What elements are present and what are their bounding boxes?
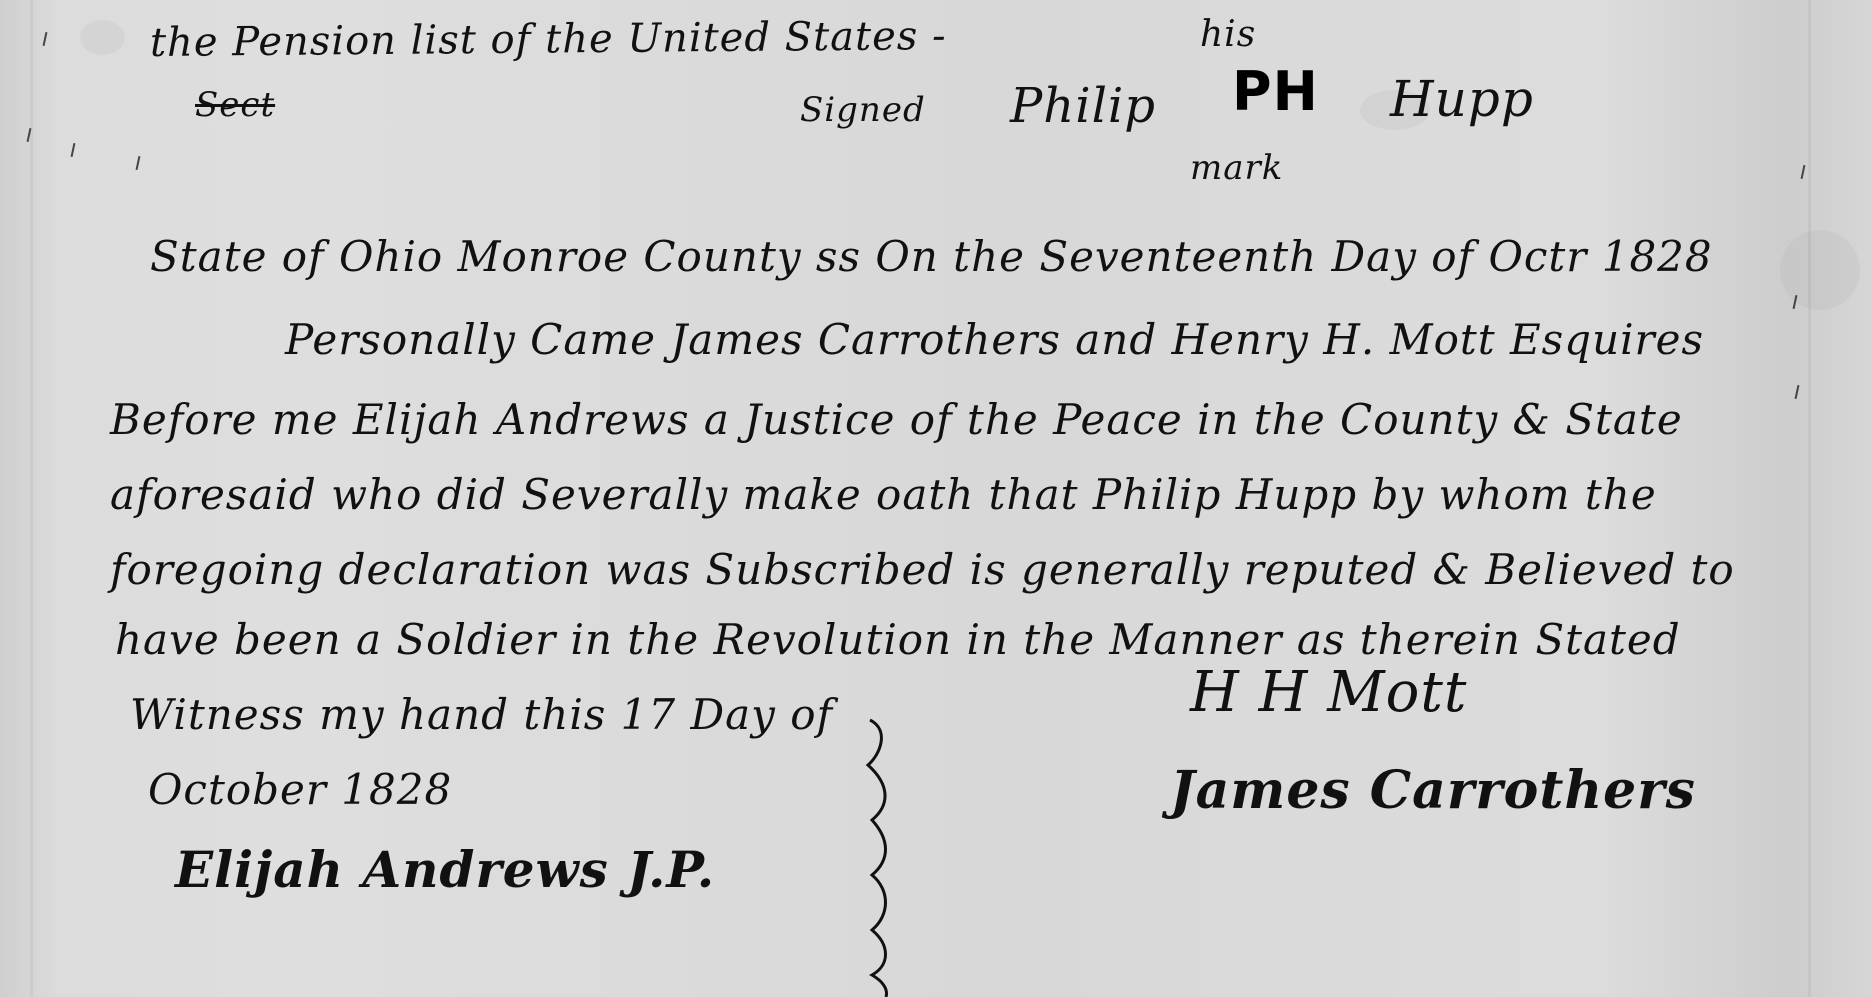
signature-mott: H H Mott <box>1190 660 1467 725</box>
document-mark-label: mark <box>1190 148 1283 188</box>
stray-mark <box>136 156 141 170</box>
document-line-revolution: have been a Soldier in the Revolution in… <box>115 615 1681 664</box>
document-signed-last-name: Hupp <box>1390 70 1534 128</box>
stray-mark <box>1801 165 1806 179</box>
document-line-witness: Witness my hand this 17 Day of <box>130 690 833 739</box>
document-line-foregoing-declaration: foregoing declaration was Subscribed is … <box>110 545 1735 594</box>
document-line-personally-came: Personally Came James Carrothers and Hen… <box>285 315 1704 364</box>
paper-stain <box>1780 230 1860 310</box>
document-line-aforesaid: aforesaid who did Severally make oath th… <box>110 470 1657 519</box>
document-line-state-county-date: State of Ohio Monroe County ss On the Se… <box>150 232 1713 281</box>
paper-fold-line <box>1808 0 1811 997</box>
document-line-date: October 1828 <box>148 765 452 814</box>
bracket-brace-icon <box>860 710 900 997</box>
document-line-1: the Pension list of the United States - <box>150 13 947 66</box>
paper-fold-line <box>30 0 33 997</box>
stray-mark <box>1795 385 1800 399</box>
signature-carrothers: James Carrothers <box>1170 760 1696 821</box>
signer-mark-glyph: PH <box>1232 60 1319 123</box>
document-page: the Pension list of the United States - … <box>0 0 1872 997</box>
paper-stain <box>80 20 125 55</box>
document-word-his: his <box>1200 14 1256 55</box>
stray-mark <box>43 32 48 46</box>
stray-mark <box>71 143 76 157</box>
signature-justice-of-peace: Elijah Andrews J.P. <box>175 840 715 899</box>
document-signed-first-name: Philip <box>1010 78 1156 134</box>
document-struck-word: Sect <box>195 85 275 125</box>
document-signed-label: Signed <box>800 90 926 130</box>
document-line-before-me: Before me Elijah Andrews a Justice of th… <box>110 395 1683 444</box>
